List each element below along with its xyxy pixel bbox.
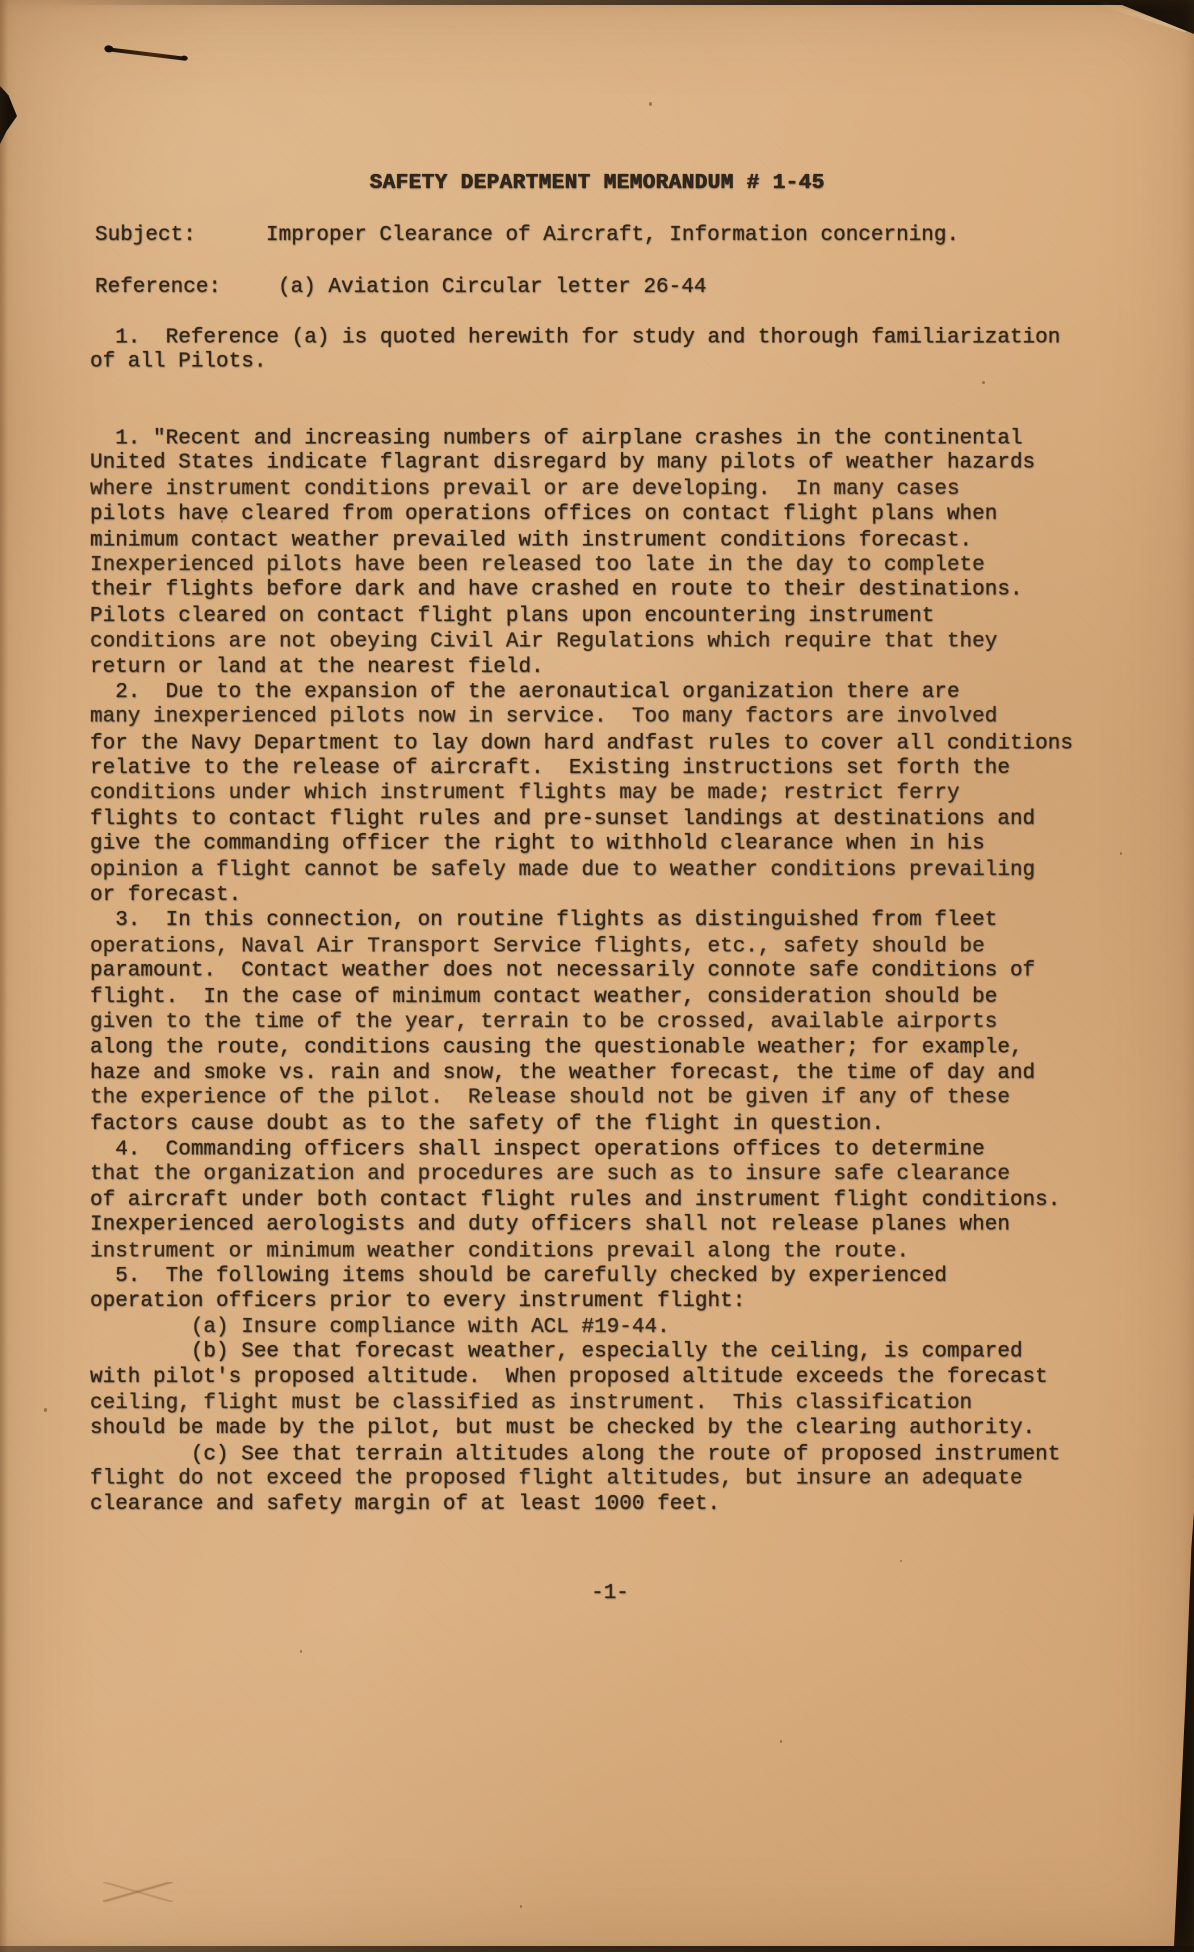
typed-line: operations, Naval Air Transport Service … [90,934,1073,959]
typed-line: flights to contact flight rules and pre-… [90,807,1073,832]
scan-edge-left-shadow [0,0,8,1952]
typed-line: of all Pilots. [90,350,1060,375]
page-number: -1- [90,1581,1104,1606]
typed-line: instrument or minimum weather conditions… [90,1239,1073,1264]
reference-label: Reference: [95,275,278,300]
memo-page: SAFETY DEPARTMENT MEMORANDUM # 1-45 Subj… [0,0,1194,1952]
typed-line: operation officers prior to every instru… [90,1289,1073,1314]
typed-line: 1. Reference (a) is quoted herewith for … [90,325,1060,350]
typed-line: (c) See that terrain altitudes along the… [90,1442,1073,1467]
typed-line: minimum contact weather prevailed with i… [90,528,1073,553]
typed-line: relative to the release of aircraft. Exi… [90,756,1073,781]
paper-speck [982,381,985,384]
typed-line: return or land at the nearest field. [90,655,1073,680]
typed-line: give the commanding officer the right to… [90,832,1073,857]
paper-speck [44,1408,47,1412]
typed-line: Inexperienced pilots have been released … [90,553,1073,578]
paper-speck [1120,852,1122,855]
typed-line: or forecast. [90,883,1073,908]
typed-line: for the Navy Department to lay down hard… [90,731,1073,756]
typed-line: opinion a flight cannot be safely made d… [90,858,1073,883]
typed-line: given to the time of the year, terrain t… [90,1010,1073,1035]
typed-line: along the route, conditions causing the … [90,1036,1073,1061]
subject-value: Improper Clearance of Aircraft, Informat… [266,224,959,247]
typed-line: 4. Commanding officers shall inspect ope… [90,1137,1073,1162]
typed-line: conditions are not obeying Civil Air Reg… [90,630,1073,655]
typed-line: haze and smoke vs. rain and snow, the we… [90,1061,1073,1086]
typed-line: clearance and safety margin of at least … [90,1492,1073,1517]
typed-line: many inexperienced pilots now in service… [90,705,1073,730]
typed-line: 1. "Recent and increasing numbers of air… [90,426,1073,451]
typed-line: factors cause doubt as to the safety of … [90,1112,1073,1137]
typed-line: (b) See that forecast weather, especiall… [90,1340,1073,1365]
typed-line: their flights before dark and have crash… [90,578,1073,603]
memo-title: SAFETY DEPARTMENT MEMORANDUM # 1-45 [90,171,1104,196]
subject-row: Subject:Improper Clearance of Aircraft, … [95,223,959,248]
typed-line: should be made by the pilot, but must be… [90,1416,1073,1441]
memo-body-text: 1. "Recent and increasing numbers of air… [90,426,1073,1518]
typed-line: paramount. Contact weather does not nece… [90,959,1073,984]
typed-line: United States indicate flagrant disregar… [90,451,1073,476]
typed-line: conditions under which instrument flight… [90,781,1073,806]
typed-line: Pilots cleared on contact flight plans u… [90,604,1073,629]
torn-notch-left [0,86,17,144]
paper-speck [418,1300,420,1303]
paper-speck [900,1560,902,1562]
typed-line: (a) Insure compliance with ACL #19-44. [90,1315,1073,1340]
paper-speck [649,102,652,106]
scan-edge-top [55,0,1194,5]
typed-line: where instrument conditions prevail or a… [90,477,1073,502]
subject-label: Subject: [95,223,266,248]
typed-line: 5. The following items should be careful… [90,1264,1073,1289]
typed-line: 3. In this connection, on routine flight… [90,908,1073,933]
typed-line: flight do not exceed the proposed flight… [90,1467,1073,1492]
typed-line: the experience of the pilot. Release sho… [90,1086,1073,1111]
paper-speck [221,520,223,523]
typed-line: 2. Due to the expansion of the aeronauti… [90,680,1073,705]
typed-line: pilots have cleared from operations offi… [90,502,1073,527]
typed-line: flight. In the case of minimum contact w… [90,985,1073,1010]
typed-line: of aircraft under both contact flight ru… [90,1188,1073,1213]
pencil-smudge-mark [103,1882,173,1902]
typed-line: that the organization and procedures are… [90,1162,1073,1187]
reference-row: Reference:(a) Aviation Circular letter 2… [95,275,706,300]
ink-scratch-mark [107,47,186,61]
typed-line: with pilot's proposed altitude. When pro… [90,1365,1073,1390]
paper-speck [780,1740,782,1743]
typed-line: ceiling, flight must be classified as in… [90,1391,1073,1416]
intro-paragraph: 1. Reference (a) is quoted herewith for … [90,325,1060,376]
paper-speck [520,1905,522,1908]
paper-speck [300,1650,302,1653]
scan-edge-right [1172,1512,1194,1952]
reference-value: (a) Aviation Circular letter 26-44 [278,276,706,299]
typed-line: Inexperienced aerologists and duty offic… [90,1213,1073,1238]
scan-edge-bottom [0,1946,1194,1952]
